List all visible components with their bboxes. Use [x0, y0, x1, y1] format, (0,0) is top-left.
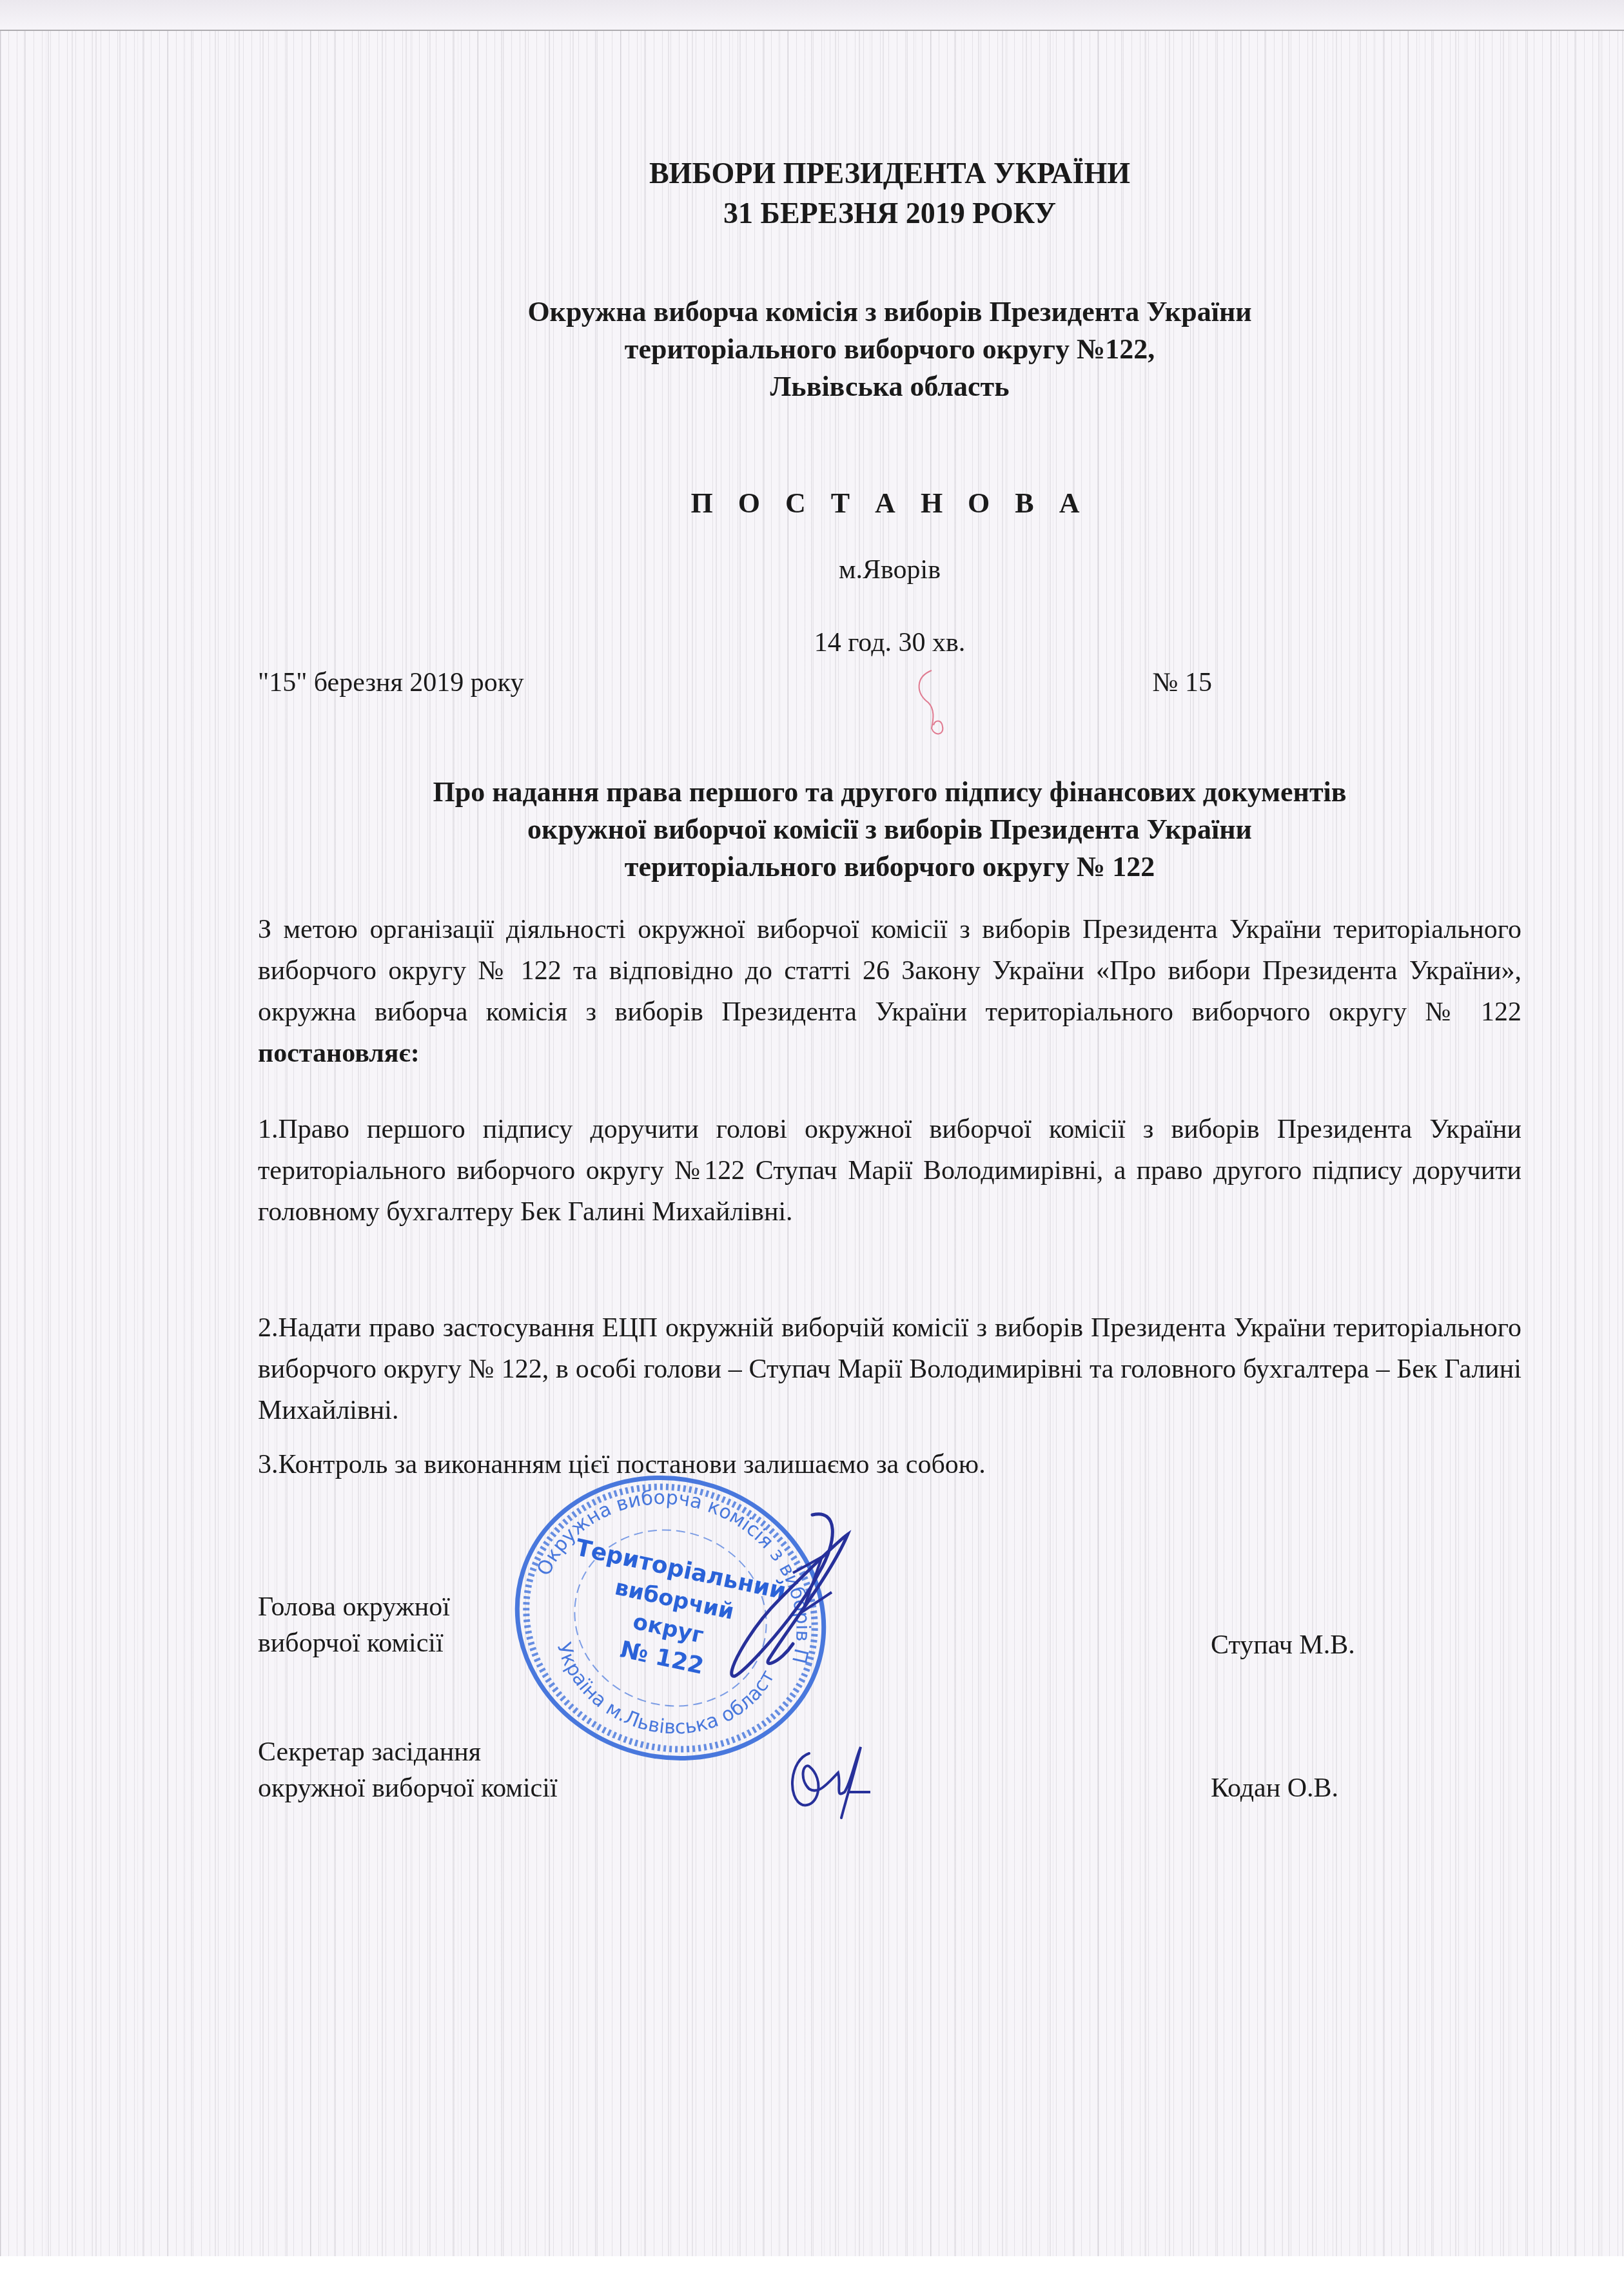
commission-name: Окружна виборча комісія з виборів Презид…: [258, 293, 1521, 331]
chair-label-line-1: Голова окружної: [258, 1589, 450, 1625]
preamble-resolves: постановляє:: [258, 1039, 420, 1068]
chair-label-line-2: виборчої комісії: [258, 1625, 450, 1661]
resolution-item-1: 1.Право першого підпису доручити голові …: [258, 1109, 1521, 1233]
subject-line-3: територіального виборчого округу № 122: [258, 848, 1521, 886]
subject-line-1: Про надання права першого та другого під…: [258, 774, 1521, 811]
date-number-row: "15" березня 2019 року № 15: [258, 667, 1212, 698]
scan-bottom-edge: [0, 2256, 1624, 2282]
document-date: "15" березня 2019 року: [258, 667, 524, 698]
election-date: 31 БЕРЕЗНЯ 2019 РОКУ: [258, 193, 1521, 233]
resolution-subject: Про надання права першого та другого під…: [258, 774, 1521, 886]
resolution-item-2: 2.Надати право застосування ЕЦП окружній…: [258, 1307, 1521, 1431]
pink-pen-mark-icon: [909, 667, 961, 738]
chair-handwritten-signature-icon: [709, 1502, 864, 1695]
chair-name: Ступач М.В.: [1211, 1630, 1355, 1661]
commission-region: Львівська область: [258, 368, 1521, 405]
election-header: ВИБОРИ ПРЕЗИДЕНТА УКРАЇНИ 31 БЕРЕЗНЯ 201…: [258, 153, 1521, 233]
secretary-handwritten-signature-icon: [783, 1728, 874, 1824]
election-title: ВИБОРИ ПРЕЗИДЕНТА УКРАЇНИ: [258, 153, 1521, 193]
document-number: № 15: [1152, 667, 1212, 698]
document-type-label: П О С Т А Н О В А: [691, 487, 1089, 519]
document-time: 14 год. 30 хв.: [258, 624, 1521, 661]
commission-district: територіального виборчого округу №122,: [258, 331, 1521, 368]
chair-signature-label: Голова окружної виборчої комісії: [258, 1589, 450, 1661]
resolution-item-3: 3.Контроль за виконанням цієї постанови …: [258, 1444, 1521, 1485]
document-type: П О С Т А Н О В А: [258, 487, 1521, 520]
scan-top-edge: [0, 0, 1624, 31]
document-place: м.Яворів: [258, 551, 1521, 589]
subject-line-2: окружної виборчої комісії з виборів През…: [258, 811, 1521, 848]
preamble: З метою організації діяльності окружної …: [258, 909, 1521, 1074]
secretary-name: Кодан О.В.: [1211, 1773, 1338, 1804]
secretary-label-line-2: окружної виборчої комісії: [258, 1770, 558, 1806]
commission-header: Окружна виборча комісія з виборів Презид…: [258, 293, 1521, 405]
preamble-text: З метою організації діяльності окружної …: [258, 915, 1521, 1027]
